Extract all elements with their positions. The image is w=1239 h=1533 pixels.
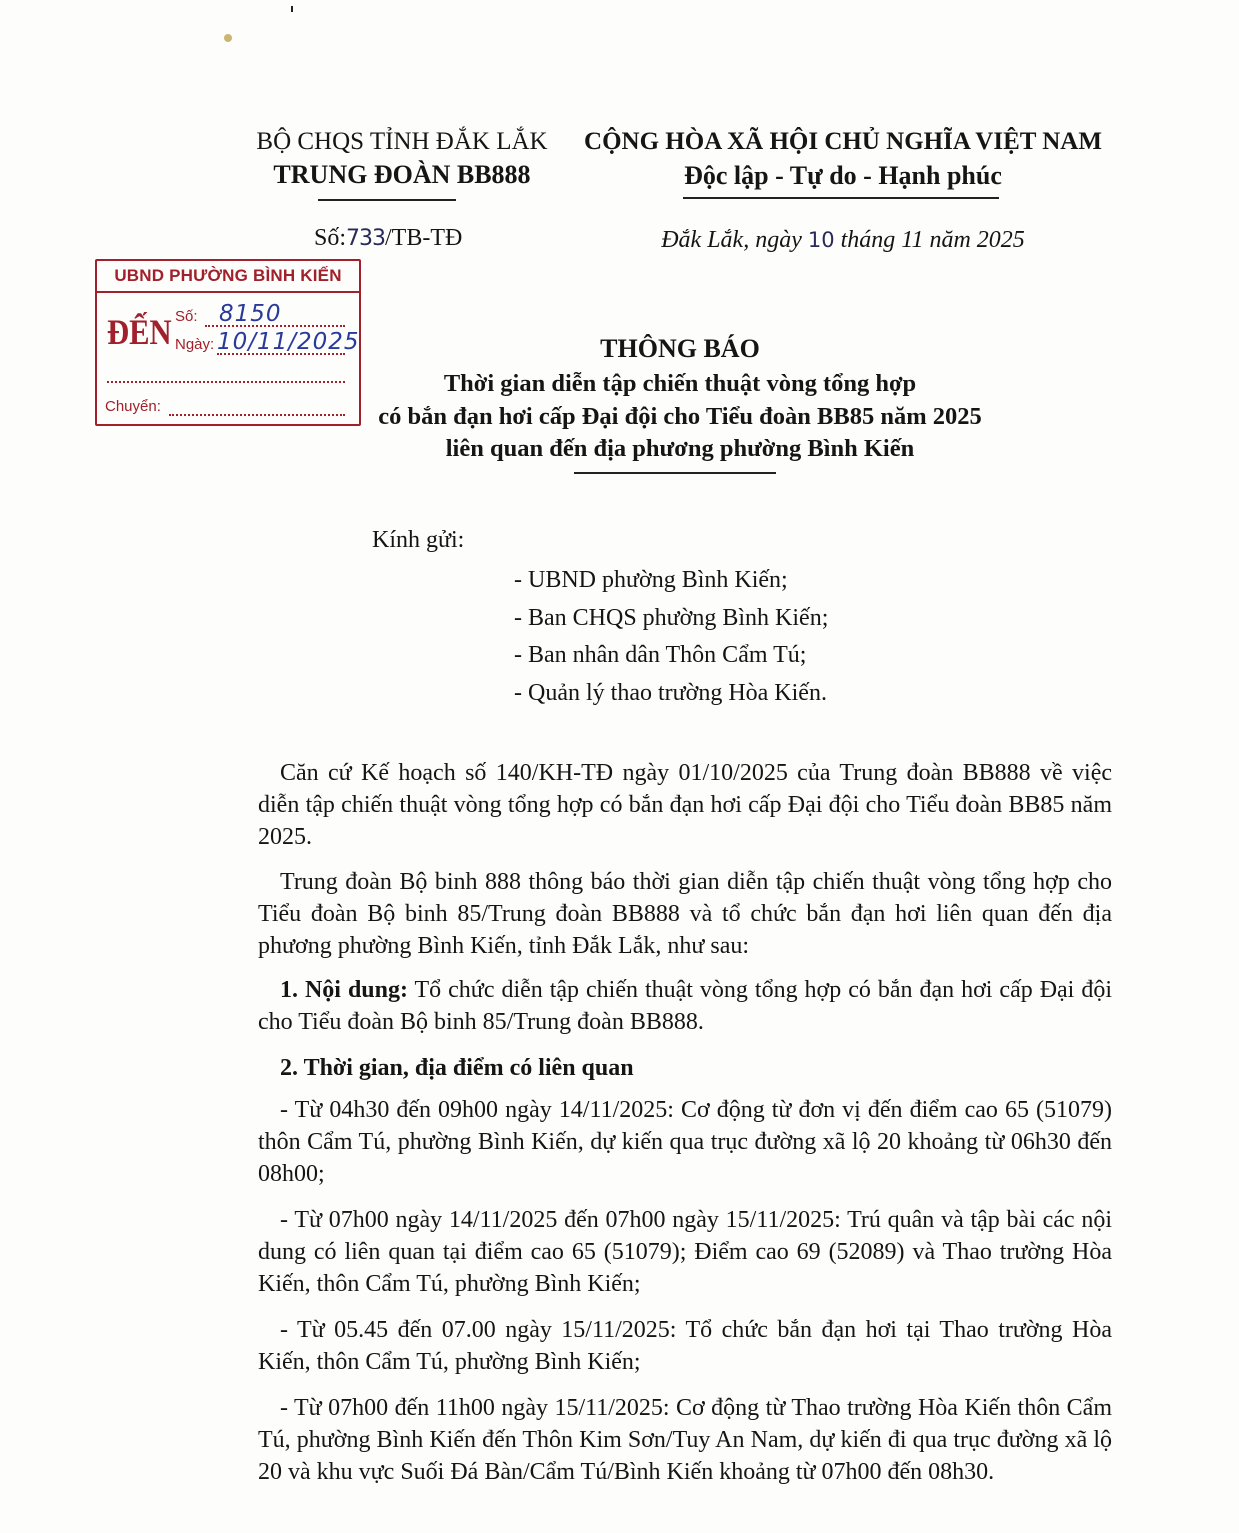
scan-blemish [224,34,232,42]
motto-underline [683,197,999,199]
document-subtitle-line1: Thời gian diễn tập chiến thuật vòng tổng… [320,370,1040,398]
day-handwritten: 10 [808,228,835,252]
recipient-item: - UBND phường Bình Kiến; [514,562,828,600]
section-2-heading: 2. Thời gian, địa điểm có liên quan [258,1052,1112,1084]
doc-number-prefix: Số: [314,225,346,251]
document-subtitle-line2: có bắn đạn hơi cấp Đại đội cho Tiểu đoàn… [320,403,1040,431]
place-suffix: tháng 11 năm 2025 [835,227,1025,253]
title-underline [574,472,776,474]
stamp-den-label: ĐẾN [107,311,172,353]
scan-speck [291,6,293,12]
stamp-chuyen-line [169,414,345,416]
national-motto: Độc lập - Tự do - Hạnh phúc [578,161,1108,191]
agency-underline [318,199,456,201]
schedule-item: - Từ 07h00 đến 11h00 ngày 15/11/2025: Cơ… [258,1392,1112,1488]
place-and-date: Đắk Lắk, ngày 10 tháng 11 năm 2025 [578,227,1108,254]
recipient-item: - Ban nhân dân Thôn Cẩm Tú; [514,637,828,675]
schedule-item: - Từ 05.45 đến 07.00 ngày 15/11/2025: Tổ… [258,1314,1112,1378]
received-stamp: UBND PHƯỜNG BÌNH KIẾN ĐẾN Số: 8150 Ngày:… [95,259,361,426]
nation-title: CỘNG HÒA XÃ HỘI CHỦ NGHĨA VIỆT NAM [578,128,1108,156]
document-number: Số:733/TB-TĐ [314,225,462,252]
schedule-item: - Từ 04h30 đến 09h00 ngày 14/11/2025: Cơ… [258,1094,1112,1190]
body-paragraph-announcement: Trung đoàn Bộ binh 888 thông báo thời gi… [258,866,1112,962]
body-paragraph-basis: Căn cứ Kế hoạch số 140/KH-TĐ ngày 01/10/… [258,757,1112,853]
agency-parent: BỘ CHQS TỈNH ĐẮK LẮK [232,128,572,156]
document-title: THÔNG BÁO [330,334,1030,364]
stamp-ngay-label: Ngày: [175,336,214,353]
schedule-item: - Từ 07h00 ngày 14/11/2025 đến 07h00 ngà… [258,1204,1112,1300]
stamp-chuyen-label: Chuyển: [105,398,161,415]
recipients-label: Kính gửi: [372,527,464,554]
recipient-item: - Ban CHQS phường Bình Kiến; [514,600,828,638]
stamp-title: UBND PHƯỜNG BÌNH KIẾN [97,261,359,293]
document-subtitle-line3: liên quan đến địa phương phường Bình Kiế… [320,435,1040,463]
agency-name: TRUNG ĐOÀN BB888 [232,160,572,190]
stamp-blank-line [107,381,345,383]
recipients-list: - UBND phường Bình Kiến; - Ban CHQS phườ… [514,562,828,712]
doc-number-handwritten: 733 [346,226,385,251]
stamp-so-label: Số: [175,308,198,325]
section-1-heading: 1. Nội dung: [280,977,408,1003]
place-prefix: Đắk Lắk, ngày [661,227,808,253]
section-1-content: 1. Nội dung: Tổ chức diễn tập chiến thuậ… [258,974,1112,1038]
recipient-item: - Quản lý thao trường Hòa Kiến. [514,675,828,713]
stamp-so-value: 8150 [219,301,282,327]
doc-number-suffix: /TB-TĐ [385,225,462,251]
